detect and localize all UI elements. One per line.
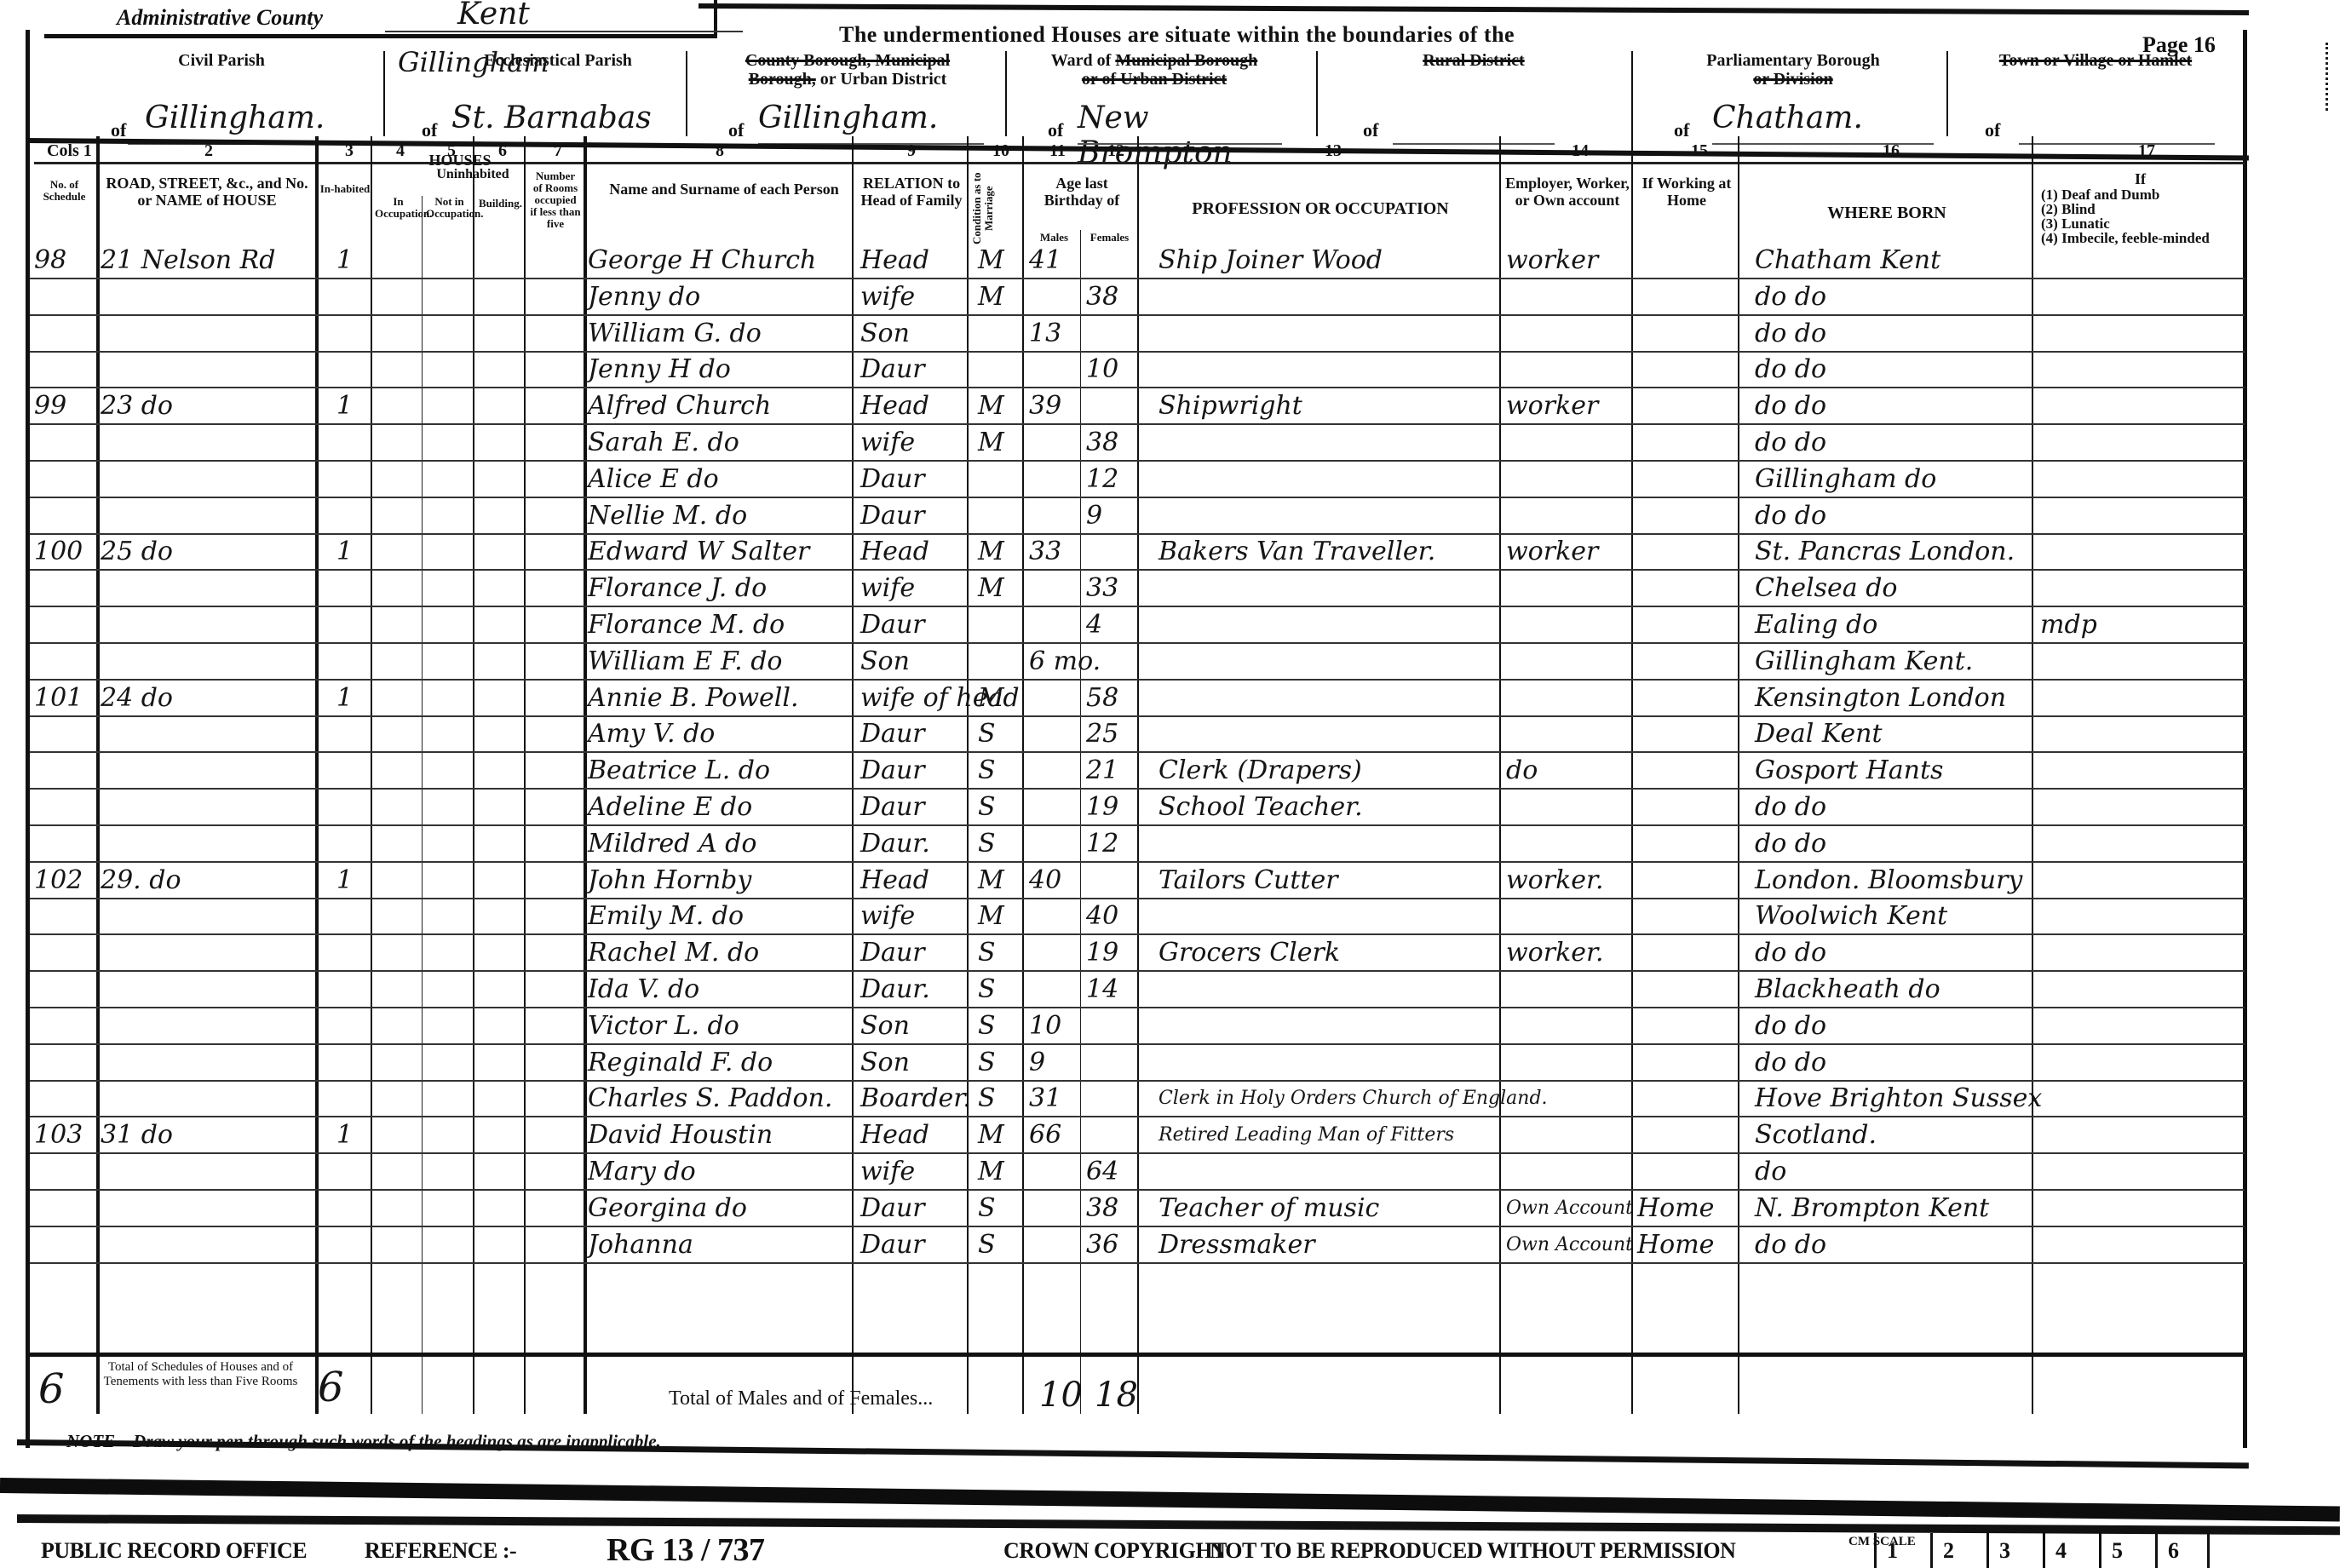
column-number: 12 <box>1107 141 1124 161</box>
occupation: Dressmaker <box>1159 1229 1315 1261</box>
district-label: Parliamentary Borough or Division <box>1636 51 1951 89</box>
marital-condition: M <box>978 682 1004 715</box>
age-male: 41 <box>1029 244 1061 277</box>
age-male: 66 <box>1029 1119 1061 1152</box>
birthplace: do do <box>1755 1229 1826 1261</box>
table-row: Amy V. doDaurS25Deal Kent <box>30 716 2245 753</box>
heading-not-in-occupation: Not in Occupation. <box>426 196 473 220</box>
marital-condition: M <box>978 864 1004 897</box>
age-male: 33 <box>1029 536 1061 568</box>
marital-condition: M <box>978 1156 1004 1188</box>
heading-name: Name and Surname of each Person <box>596 181 852 198</box>
occupation: School Teacher. <box>1159 791 1363 824</box>
table-row: Charles S. Paddon.Boarder.S31Clerk in Ho… <box>30 1081 2245 1117</box>
relation: wife <box>860 1156 915 1188</box>
cm-mark: 4 <box>2043 1533 2097 1568</box>
column-number: 17 <box>2138 141 2155 161</box>
employment-status: worker <box>1506 244 1598 277</box>
heading-address: ROAD, STREET, &c., and No. or NAME of HO… <box>101 175 313 209</box>
table-row: Florance M. doDaur4Ealing domdp <box>30 607 2245 644</box>
birthplace: do do <box>1755 828 1826 860</box>
birthplace: Ealing do <box>1755 609 1877 641</box>
column-number: 2 <box>204 141 213 161</box>
schedule-number: 99 <box>34 390 66 422</box>
age-female: 58 <box>1086 682 1118 715</box>
marital-condition: M <box>978 1119 1004 1152</box>
column-number: 10 <box>992 141 1009 161</box>
relation: Daur <box>860 937 925 969</box>
column-number: 11 <box>1049 141 1066 161</box>
heading-rooms: Number of Rooms occupied if less than fi… <box>530 170 581 230</box>
district-label: Town or Village or Hamlet <box>1951 51 2240 70</box>
marital-condition: M <box>978 390 1004 422</box>
heading-where-born: WHERE BORN <box>1742 204 2032 221</box>
employment-status: worker. <box>1506 937 1604 969</box>
birthplace: do do <box>1755 1047 1826 1079</box>
address: 25 do <box>101 536 173 568</box>
marital-condition: S <box>978 974 996 1006</box>
occupation: Retired Leading Man of Fitters <box>1159 1119 1454 1152</box>
inhabited-count: 1 <box>336 244 353 277</box>
age-female: 21 <box>1086 755 1118 787</box>
parliamentary-borough-value: Chatham. <box>1712 101 1863 135</box>
footer-office: PUBLIC RECORD OFFICE <box>41 1538 307 1564</box>
relation: Daur <box>860 353 925 386</box>
age-male: 13 <box>1029 318 1061 350</box>
birthplace: Gillingham Kent. <box>1755 646 1973 678</box>
table-row: William G. doSon13do do <box>30 316 2245 353</box>
occupation: Shipwright <box>1159 390 1302 422</box>
table-row: Victor L. doSonS10do do <box>30 1008 2245 1045</box>
occupation: Clerk in Holy Orders Church of England. <box>1159 1083 1548 1115</box>
district-ward: Ward of Municipal Borough or of Urban Di… <box>1009 51 1299 136</box>
table-row: Sarah E. dowifeM38do do <box>30 425 2245 462</box>
birthplace: do do <box>1755 390 1826 422</box>
birthplace: Woolwich Kent <box>1755 900 1947 933</box>
table-row: Mary dowifeM64do <box>30 1154 2245 1191</box>
relation: Head <box>860 1119 929 1152</box>
cm-mark: 6 <box>2155 1533 2210 1568</box>
table-row: Beatrice L. doDaurS21Clerk (Drapers)doGo… <box>30 753 2245 790</box>
occupation: Grocers Clerk <box>1159 937 1340 969</box>
table-row: 10331 do1David HoustinHeadM66Retired Lea… <box>30 1117 2245 1154</box>
schedules-total: 6 <box>38 1365 65 1413</box>
district-civil-parish: Civil Parish of Gillingham. <box>51 51 392 136</box>
age-female: 9 <box>1086 500 1102 532</box>
table-row: 9923 do1Alfred ChurchHeadM39Shipwrightwo… <box>30 388 2245 425</box>
column-number: 13 <box>1325 141 1342 161</box>
urban-district-value: Gillingham. <box>758 101 938 135</box>
marital-condition: M <box>978 281 1004 313</box>
marital-condition: S <box>978 791 996 824</box>
relation: Daur <box>860 609 925 641</box>
age-female: 12 <box>1086 828 1118 860</box>
district-label: Rural District <box>1325 51 1623 70</box>
person-name: Florance J. do <box>588 572 767 605</box>
civil-parish-value: Gillingham. <box>145 101 325 135</box>
person-name: Charles S. Paddon. <box>588 1083 832 1115</box>
age-female: 33 <box>1086 572 1118 605</box>
age-female: 19 <box>1086 791 1118 824</box>
age-male: 39 <box>1029 390 1061 422</box>
relation: Daur <box>860 1229 925 1261</box>
inhabited-total: 6 <box>318 1364 344 1411</box>
birthplace: do do <box>1755 500 1826 532</box>
person-name: David Houstin <box>588 1119 773 1152</box>
person-name: Johanna <box>588 1229 693 1261</box>
heading-schedule: No. of Schedule <box>32 179 96 203</box>
address: 29. do <box>101 864 181 897</box>
heading-relation: RELATION to Head of Family <box>856 175 967 209</box>
age-female: 14 <box>1086 974 1118 1006</box>
birthplace: do do <box>1755 1010 1826 1042</box>
inhabited-count: 1 <box>336 1119 353 1152</box>
birthplace: Gosport Hants <box>1755 755 1943 787</box>
employment-status: Own Account <box>1506 1229 1633 1261</box>
scan-band <box>0 1478 2340 1522</box>
divider <box>1005 51 1007 136</box>
cm-mark: 2 <box>1930 1533 1985 1568</box>
working-at-home: Home <box>1637 1229 1714 1261</box>
relation: Daur <box>860 755 925 787</box>
table-row: Florance J. dowifeM33Chelsea do <box>30 571 2245 607</box>
column-number: 16 <box>1883 141 1900 161</box>
column-number: 15 <box>1691 141 1708 161</box>
person-name: Beatrice L. do <box>588 755 770 787</box>
marital-condition: S <box>978 1229 996 1261</box>
person-name: Annie B. Powell. <box>588 682 799 715</box>
birthplace: do do <box>1755 353 1826 386</box>
heading-building: Building. <box>477 198 524 210</box>
marital-condition: S <box>978 1010 996 1042</box>
person-name: Rachel M. do <box>588 937 759 969</box>
marital-condition: M <box>978 900 1004 933</box>
age-male: 40 <box>1029 864 1061 897</box>
relation: Daur. <box>860 828 930 860</box>
birthplace: Hove Brighton Sussex <box>1755 1083 2042 1115</box>
birthplace: Deal Kent <box>1755 718 1883 750</box>
age-female: 10 <box>1086 353 1118 386</box>
heading-age: Age last Birthday of <box>1026 175 1137 209</box>
footer-reference-value: RG 13 / 737 <box>607 1531 765 1568</box>
age-male: 31 <box>1029 1083 1061 1115</box>
age-female: 12 <box>1086 463 1118 496</box>
district-parliamentary: Parliamentary Borough or Division of Cha… <box>1636 51 1951 136</box>
person-name: Sarah E. do <box>588 427 739 459</box>
footer-reference-label: REFERENCE :- <box>365 1538 516 1564</box>
table-row: Alice E doDaur12Gillingham do <box>30 462 2245 498</box>
birthplace: do do <box>1755 281 1826 313</box>
relation: wife <box>860 427 915 459</box>
schedule-number: 101 <box>34 682 83 715</box>
infirmity: mdp <box>2040 609 2097 641</box>
district-label: County Borough, Municipal Borough, or Ur… <box>694 51 1001 89</box>
marital-condition: M <box>978 427 1004 459</box>
relation: Boarder. <box>860 1083 971 1115</box>
edge-marks <box>2326 43 2331 111</box>
marital-condition: S <box>978 1083 996 1115</box>
occupation: Clerk (Drapers) <box>1159 755 1362 787</box>
address: 31 do <box>101 1119 173 1152</box>
birthplace: do <box>1755 1156 1786 1188</box>
relation: Daur <box>860 718 925 750</box>
occupation: Tailors Cutter <box>1159 864 1338 897</box>
marital-condition: M <box>978 536 1004 568</box>
administrative-county-value: Kent <box>457 0 530 32</box>
heading-inhabited: In-habited <box>319 183 371 195</box>
cm-mark: 1 <box>1874 1533 1929 1568</box>
relation: Daur. <box>860 974 930 1006</box>
age-female: 38 <box>1086 281 1118 313</box>
males-females-label: Total of Males and of Females... <box>669 1387 933 1410</box>
person-name: Amy V. do <box>588 718 715 750</box>
birthplace: Chatham Kent <box>1755 244 1940 277</box>
birthplace: London. Bloomsbury <box>1755 864 2022 897</box>
heading-males: Males <box>1026 232 1082 244</box>
heading-occupation: PROFESSION OR OCCUPATION <box>1141 200 1499 217</box>
age-female: 4 <box>1086 609 1102 641</box>
table-row: Mildred A doDaur.S12do do <box>30 826 2245 863</box>
occupation: Teacher of music <box>1159 1192 1379 1225</box>
divider <box>686 51 687 136</box>
district-town: Town or Village or Hamlet of <box>1951 51 2240 136</box>
schedule-number: 98 <box>34 244 66 277</box>
column-number: 7 <box>554 141 562 161</box>
inhabited-count: 1 <box>336 390 353 422</box>
table-row: Adeline E doDaurS19School Teacher.do do <box>30 790 2245 826</box>
age-female: 25 <box>1086 718 1118 750</box>
relation: wife <box>860 281 915 313</box>
person-name: Florance M. do <box>588 609 785 641</box>
archive-footer: PUBLIC RECORD OFFICE REFERENCE :- RG 13 … <box>0 1533 2340 1568</box>
ecclesiastical-overwrite: Gillingham <box>398 46 549 78</box>
table-row: Jenny dowifeM38do do <box>30 279 2245 316</box>
table-row: Georgina doDaurS38Teacher of musicOwn Ac… <box>30 1191 2245 1227</box>
birthplace: Gillingham do <box>1755 463 1936 496</box>
working-at-home: Home <box>1637 1192 1714 1225</box>
employment-status: do <box>1506 755 1538 787</box>
person-name: William E F. do <box>588 646 782 678</box>
table-row: 9821 Nelson Rd1George H ChurchHeadM41Shi… <box>30 243 2245 279</box>
footer-copyright: CROWN COPYRIGHT <box>1003 1538 1227 1564</box>
marital-condition: S <box>978 755 996 787</box>
marital-condition: S <box>978 828 996 860</box>
males-total: 10 <box>1039 1376 1083 1415</box>
relation: Son <box>860 1010 910 1042</box>
age-female: 40 <box>1086 900 1118 933</box>
column-number: 8 <box>716 141 724 161</box>
birthplace: N. Brompton Kent <box>1755 1192 1989 1225</box>
employment-status: Own Account <box>1506 1192 1633 1225</box>
row-rule <box>30 1262 2245 1264</box>
heading-infirmity: If (1) Deaf and Dumb (2) Blind (3) Lunat… <box>2036 170 2245 245</box>
schedule-number: 103 <box>34 1119 83 1152</box>
birthplace: St. Pancras London. <box>1755 536 2015 568</box>
fill-line <box>1393 143 1555 145</box>
of-label: of <box>1048 119 1063 141</box>
address: 24 do <box>101 682 173 715</box>
person-name: Jenny do <box>588 281 700 313</box>
birthplace: do do <box>1755 937 1826 969</box>
person-name: John Hornby <box>588 864 751 897</box>
occupation: Ship Joiner Wood <box>1159 244 1383 277</box>
of-label: of <box>1674 119 1689 141</box>
relation: Son <box>860 646 910 678</box>
fill-line <box>2019 143 2215 145</box>
birthplace: do do <box>1755 791 1826 824</box>
district-rural: Rural District of <box>1325 51 1623 136</box>
age-female: 36 <box>1086 1229 1118 1261</box>
birthplace: Chelsea do <box>1755 572 1897 605</box>
heading-houses: HOUSES <box>375 152 545 169</box>
of-label: of <box>1985 119 2000 141</box>
age-female: 64 <box>1086 1156 1118 1188</box>
person-name: Georgina do <box>588 1192 747 1225</box>
top-rule <box>699 3 2249 15</box>
district-ecclesiastical-parish: Ecclesiastical Parish Gillingham of St. … <box>388 51 677 136</box>
relation: Head <box>860 390 929 422</box>
heading-employment: Employer, Worker, or Own account <box>1503 175 1631 209</box>
age-male: 6 mo. <box>1029 646 1101 678</box>
table-row: JohannaDaurS36DressmakerOwn AccountHomed… <box>30 1227 2245 1264</box>
table-row: Rachel M. doDaurS19Grocers Clerkworker.d… <box>30 935 2245 972</box>
divider <box>1946 51 1948 136</box>
females-total: 18 <box>1095 1376 1138 1415</box>
employment-status: worker. <box>1506 864 1604 897</box>
column-number: Cols 1 <box>47 141 92 161</box>
table-row: 10124 do1Annie B. Powell.wife of headM58… <box>30 681 2245 717</box>
footer-notice: NOT TO BE REPRODUCED WITHOUT PERMISSION <box>1210 1538 1735 1564</box>
relation: wife <box>860 900 915 933</box>
person-name: Mildred A do <box>588 828 756 860</box>
person-name: Ida V. do <box>588 974 699 1006</box>
schedule-number: 100 <box>34 536 83 568</box>
schedules-total-label: Total of Schedules of Houses and of Tene… <box>88 1360 313 1389</box>
of-label: of <box>728 119 744 141</box>
district-label: Ward of Municipal Borough or of Urban Di… <box>1009 51 1299 89</box>
district-urban: County Borough, Municipal Borough, or Ur… <box>694 51 1001 136</box>
person-name: Adeline E do <box>588 791 752 824</box>
employment-status: worker <box>1506 536 1598 568</box>
cm-mark: 3 <box>1986 1533 2041 1568</box>
inhabited-count: 1 <box>336 536 353 568</box>
marital-condition: S <box>978 1192 996 1225</box>
totals-row: 6 Total of Schedules of Houses and of Te… <box>30 1353 2245 1438</box>
relation: Son <box>860 1047 910 1079</box>
relation: Head <box>860 536 929 568</box>
heading-working-at-home: If Working at Home <box>1636 175 1738 209</box>
relation: Head <box>860 244 929 277</box>
heading-females: Females <box>1082 232 1137 244</box>
person-name: William G. do <box>588 318 762 350</box>
age-male: 10 <box>1029 1010 1061 1042</box>
scan-band <box>17 1514 2340 1535</box>
marital-condition: S <box>978 718 996 750</box>
birthplace: Kensington London <box>1755 682 2006 715</box>
table-row: Ida V. doDaur.S14Blackheath do <box>30 972 2245 1008</box>
relation: wife <box>860 572 915 605</box>
person-name: Reginald F. do <box>588 1047 773 1079</box>
table-row: 10025 do1Edward W SalterHeadM33Bakers Va… <box>30 534 2245 571</box>
schedule-number: 102 <box>34 864 83 897</box>
administrative-county-label: Administrative County <box>117 5 323 31</box>
table-row: 10229. do1John HornbyHeadM40Tailors Cutt… <box>30 863 2245 899</box>
age-female: 38 <box>1086 1192 1118 1225</box>
divider <box>383 51 385 136</box>
person-name: Mary do <box>588 1156 696 1188</box>
heading-condition: Condition as to Marriage <box>971 170 1022 247</box>
birthplace: Scotland. <box>1755 1119 1877 1152</box>
address: 23 do <box>101 390 173 422</box>
inhabited-count: 1 <box>336 864 353 897</box>
column-number: 14 <box>1572 141 1589 161</box>
person-name: Jenny H do <box>588 353 731 386</box>
address: 21 Nelson Rd <box>101 244 275 277</box>
age-male: 9 <box>1029 1047 1045 1079</box>
birthplace: do do <box>1755 427 1826 459</box>
relation: Daur <box>860 791 925 824</box>
employment-status: worker <box>1506 390 1598 422</box>
column-number: 9 <box>907 141 916 161</box>
heading-in-occupation: In Occupation. <box>375 196 422 220</box>
of-label: of <box>422 119 437 141</box>
note: NOTE—Draw your pen through such words of… <box>66 1431 661 1452</box>
of-label: of <box>1363 119 1378 141</box>
table-row: Jenny H doDaur10do do <box>30 352 2245 388</box>
person-name: George H Church <box>588 244 816 277</box>
table-row: Emily M. dowifeM40Woolwich Kent <box>30 899 2245 935</box>
marital-condition: S <box>978 937 996 969</box>
person-name: Edward W Salter <box>588 536 809 568</box>
inhabited-count: 1 <box>336 682 353 715</box>
age-female: 19 <box>1086 937 1118 969</box>
column-number-rule <box>34 162 2245 164</box>
column-number: 3 <box>345 141 354 161</box>
marital-condition: M <box>978 572 1004 605</box>
relation: Daur <box>860 500 925 532</box>
birthplace: do do <box>1755 318 1826 350</box>
age-female: 38 <box>1086 427 1118 459</box>
table-row: William E F. doSon6 mo.Gillingham Kent. <box>30 644 2245 681</box>
person-name: Nellie M. do <box>588 500 747 532</box>
relation: Son <box>860 318 910 350</box>
person-name: Emily M. do <box>588 900 744 933</box>
person-name: Alice E do <box>588 463 719 496</box>
marital-condition: S <box>978 1047 996 1079</box>
birthplace: Blackheath do <box>1755 974 1940 1006</box>
district-label: Civil Parish <box>51 51 392 70</box>
marital-condition: M <box>978 244 1004 277</box>
divider <box>1316 51 1318 136</box>
person-name: Alfred Church <box>588 390 771 422</box>
person-name: Victor L. do <box>588 1010 739 1042</box>
divider <box>1631 51 1633 136</box>
relation: Daur <box>860 1192 925 1225</box>
table-row: Nellie M. doDaur9do do <box>30 498 2245 535</box>
table-row: Reginald F. doSonS9do do <box>30 1045 2245 1082</box>
cm-mark: 5 <box>2099 1533 2153 1568</box>
occupation: Bakers Van Traveller. <box>1159 536 1435 568</box>
fill-line <box>1712 143 1934 145</box>
relation: Head <box>860 864 929 897</box>
relation: Daur <box>860 463 925 496</box>
ecclesiastical-parish-value: St. Barnabas <box>451 101 652 135</box>
